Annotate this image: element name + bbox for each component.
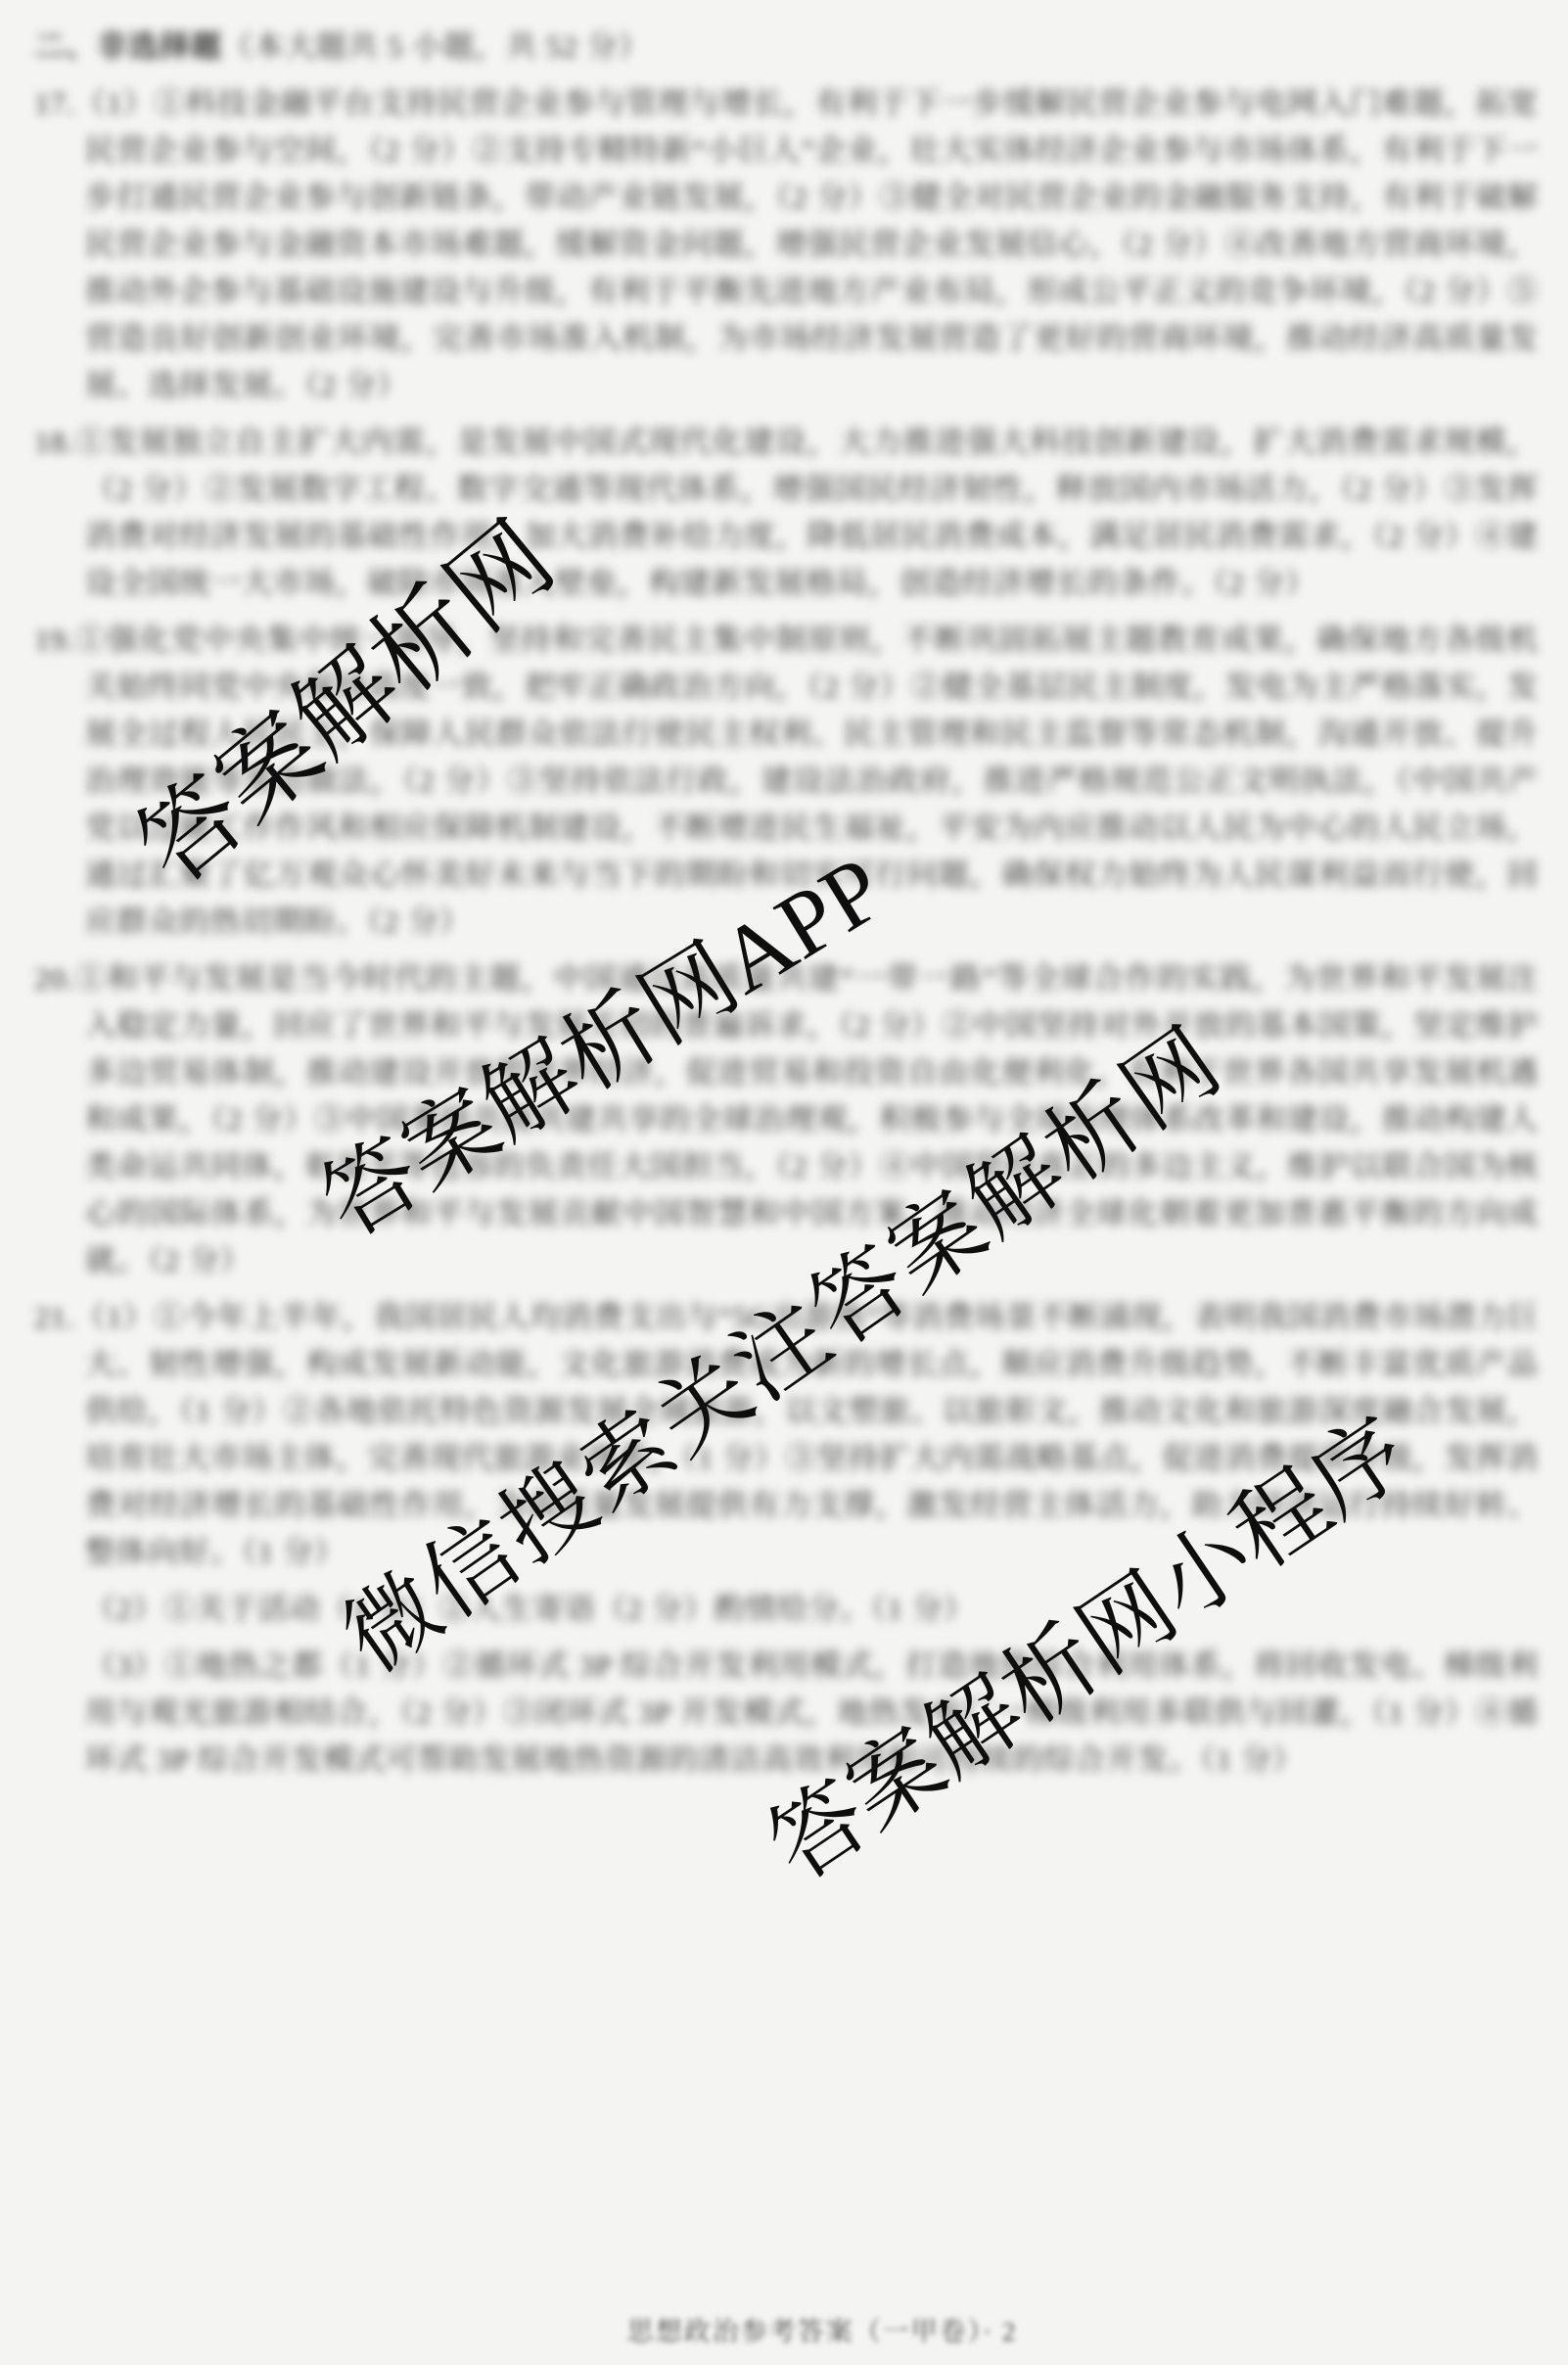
section-header-bold: 二、非选择题	[34, 29, 222, 64]
answer-item-18: 18.①发展独立自主扩大内需，是发展中国式现代化建设，大力推进强大科技创新建设，…	[34, 419, 1539, 607]
section-header: 二、非选择题（本大题共 5 小题，共 52 分）	[34, 23, 1539, 70]
section-header-rest: （本大题共 5 小题，共 52 分）	[222, 29, 650, 64]
answer-item-20: 20.①和平与发展是当今时代的主题，中国通过高质量共建“一带一路”等全球合作的实…	[34, 955, 1539, 1284]
document-page: 二、非选择题（本大题共 5 小题，共 52 分） 17.（1）①科技金融平台支持…	[0, 0, 1568, 2365]
page-footer: 思想政治参考答案（一甲卷）· 2	[627, 2310, 1018, 2348]
answer-item-17: 17.（1）①科技金融平台支持民营企业参与管理与增长，有利于下一步缓解民营企业参…	[34, 80, 1539, 409]
answer-item-21-sub2: （2）①关于活动（1 分）②人生寄语（2 分）酌情给分。（1 分）	[34, 1586, 1539, 1633]
